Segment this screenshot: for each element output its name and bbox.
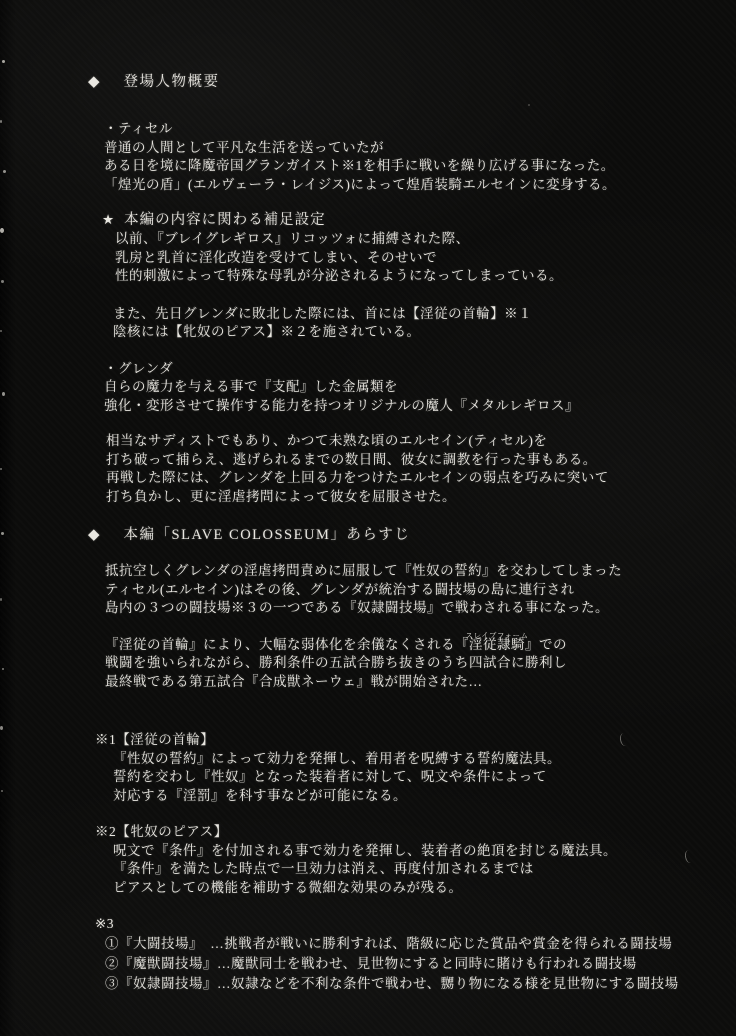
text-line: 乳房と乳首に淫化改造を受けてしまい、そのせいで — [115, 249, 706, 268]
footnote-2: ※2【牝奴のピアス】 呪文で『条件』を付加される事で効力を発揮し、装着者の絶頂を… — [88, 823, 706, 897]
character-name-tisel: ・ティセル — [104, 120, 706, 139]
star-bullet-icon: ★ — [102, 210, 114, 230]
subsection-heading-supplement: ★本編の内容に関わる補足設定 — [102, 210, 706, 230]
scan-speck — [1, 280, 4, 283]
paragraph-story-intro: 抵抗空しくグレンダの淫虐拷問責めに屈服して『性奴の誓約』を交わしてしまった ティ… — [105, 562, 706, 618]
supplement-body: 以前、『ブレイグレギロス』リコッツォに捕縛された際、 乳房と乳首に淫化改造を受け… — [115, 230, 706, 286]
text-line: 「煌光の盾」(エルヴェーラ・レイジス)によって煌盾装騎エルセインに変身する。 — [104, 176, 706, 195]
text-segment: での — [539, 637, 567, 652]
scan-speck — [528, 104, 530, 106]
paragraph-glenda: ・グレンダ 自らの魔力を与える事で『支配』した金属類を 強化・変形させて操作する… — [104, 360, 706, 416]
text-line: 打ち破って捕らえ、逃げられるまでの数日間、彼女に調教を行った事もある。 — [106, 451, 706, 470]
ruby-term: スレイブフォーム『淫従隷騎』 — [455, 636, 539, 655]
ruby-furigana: スレイブフォーム — [465, 627, 528, 646]
footnote-3-list: ①『大闘技場』 …挑戦者が戦いに勝利すれば、階級に応じた賞品や賞金を得られる闘技… — [105, 934, 706, 994]
scan-speck — [0, 228, 4, 233]
list-item-arena-1: ①『大闘技場』 …挑戦者が戦いに勝利すれば、階級に応じた賞品や賞金を得られる闘技… — [105, 934, 706, 954]
subsection-title-supplement: 本編の内容に関わる補足設定 — [124, 212, 326, 228]
scanned-page: ◆登場人物概要 ・ティセル 普通の人間として平凡な生活を送っていたが ある日を境… — [0, 0, 736, 1036]
text-line: ピアスとしての機能を補助する微細な効果のみが残る。 — [113, 879, 706, 898]
footnote-3: ※3 ①『大闘技場』 …挑戦者が戦いに勝利すれば、階級に応じた賞品や賞金を得られ… — [88, 915, 706, 994]
paragraph-glenda-history: 相当なサディストでもあり、かつて未熟な頃のエルセイン(ティセル)を 打ち破って捕… — [106, 432, 706, 506]
list-item-arena-3: ③『奴隷闘技場』…奴隷などを不利な条件で戦わせ、嬲り物になる様を見世物にする闘技… — [105, 974, 706, 994]
character-name-glenda: ・グレンダ — [104, 360, 706, 379]
footnote-3-title: ※3 — [95, 915, 706, 934]
paragraph-story-battle: 『淫従の首輪』により、大幅な弱体化を余儀なくされるスレイブフォーム『淫従隷騎』で… — [105, 626, 706, 692]
scan-speck — [0, 120, 2, 123]
scan-speck — [3, 170, 6, 173]
text-line: ティセル(エルセイン)はその後、グレンダが統治する闘技場の島に連行され — [105, 581, 706, 600]
scan-speck — [0, 468, 2, 470]
footnote-1-body: 『性奴の誓約』によって効力を発揮し、着用者を呪縛する誓約魔法具。 誓約を交わし『… — [113, 750, 706, 806]
footnote-2-body: 呪文で『条件』を付加される事で効力を発揮し、装着者の絶頂を封じる魔法具。 『条件… — [113, 842, 706, 898]
text-line: 『性奴の誓約』によって効力を発揮し、着用者を呪縛する誓約魔法具。 — [113, 750, 706, 769]
text-line: 最終戦である第五試合『合成獣ネーウェ』戦が開始された… — [105, 673, 706, 692]
text-line: また、先日グレンダに敗北した際には、首には【淫従の首輪】※１ — [113, 305, 706, 324]
text-line: 対応する『淫罰』を科す事などが可能になる。 — [113, 787, 706, 806]
scan-speck — [2, 668, 4, 670]
scan-speck — [1, 790, 3, 792]
text-line: 『条件』を満たした時点で一旦効力は消え、再度付加されるまでは — [113, 860, 706, 879]
text-line: 以前、『ブレイグレギロス』リコッツォに捕縛された際、 — [115, 230, 706, 249]
text-segment: 『淫従の首輪』により、大幅な弱体化を余儀なくされる — [105, 637, 455, 652]
text-line: 自らの魔力を与える事で『支配』した金属類を — [104, 378, 706, 397]
text-line: 島内の３つの闘技場※３の一つである『奴隷闘技場』で戦わされる事になった。 — [105, 599, 706, 618]
section-title-characters: 登場人物概要 — [124, 74, 220, 90]
scan-speck — [0, 598, 2, 601]
footnote-1: ※1【淫従の首輪】 『性奴の誓約』によって効力を発揮し、着用者を呪縛する誓約魔法… — [88, 731, 706, 805]
footnote-1-title: ※1【淫従の首輪】 — [95, 731, 706, 750]
text-line: 呪文で『条件』を付加される事で効力を発揮し、装着者の絶頂を封じる魔法具。 — [113, 842, 706, 861]
list-item-arena-2: ②『魔獣闘技場』…魔獣同士を戦わせ、見世物にすると同時に賭けも行われる闘技場 — [105, 954, 706, 974]
scan-speck — [2, 392, 5, 396]
text-line: ある日を境に降魔帝国グランガイスト※1を相手に戦いを繰り広げる事になった。 — [104, 157, 706, 176]
scan-speck — [2, 60, 5, 63]
text-line: 普通の人間として平凡な生活を送っていたが — [104, 139, 706, 158]
text-line: 打ち負かし、更に淫虐拷問によって彼女を屈服させた。 — [106, 488, 706, 507]
block-supplement: ★本編の内容に関わる補足設定 以前、『ブレイグレギロス』リコッツォに捕縛された際… — [88, 210, 706, 286]
text-line: 陰核には【牝奴のピアス】※２を施されている。 — [113, 323, 706, 342]
text-line: 強化・変形させて操作する能力を持つオリジナルの魔人『メタルレギロス』 — [104, 397, 706, 416]
text-line-with-ruby: 『淫従の首輪』により、大幅な弱体化を余儀なくされるスレイブフォーム『淫従隷騎』で… — [105, 636, 706, 655]
text-line: 再戦した際には、グレンダを上回る力をつけたエルセインの弱点を巧みに突いて — [106, 469, 706, 488]
section-heading-characters: ◆登場人物概要 — [88, 72, 706, 92]
text-line: 相当なサディストでもあり、かつて未熟な頃のエルセイン(ティセル)を — [106, 432, 706, 451]
text-line: 抵抗空しくグレンダの淫虐拷問責めに屈服して『性奴の誓約』を交わしてしまった — [105, 562, 706, 581]
section-title-story: 本編「SLAVE COLOSSEUM」あらすじ — [124, 527, 411, 543]
scan-speck — [0, 330, 2, 332]
footnote-2-title: ※2【牝奴のピアス】 — [95, 823, 706, 842]
text-line: 性的刺激によって特殊な母乳が分泌されるようになってしまっている。 — [115, 267, 706, 286]
paragraph-addendum: また、先日グレンダに敗北した際には、首には【淫従の首輪】※１ 陰核には【牝奴のピ… — [113, 305, 706, 342]
text-line: 戦闘を強いられながら、勝利条件の五試合勝ち抜きのうち四試合に勝利し — [105, 654, 706, 673]
scan-speck — [1, 532, 4, 535]
scan-speck — [0, 726, 3, 730]
diamond-bullet-icon: ◆ — [88, 72, 100, 92]
diamond-bullet-icon: ◆ — [88, 525, 100, 545]
paragraph-tisel: ・ティセル 普通の人間として平凡な生活を送っていたが ある日を境に降魔帝国グラン… — [104, 120, 706, 194]
text-line: 誓約を交わし『性奴』となった装着者に対して、呪文や条件によって — [113, 768, 706, 787]
section-heading-story: ◆本編「SLAVE COLOSSEUM」あらすじ — [88, 525, 706, 545]
